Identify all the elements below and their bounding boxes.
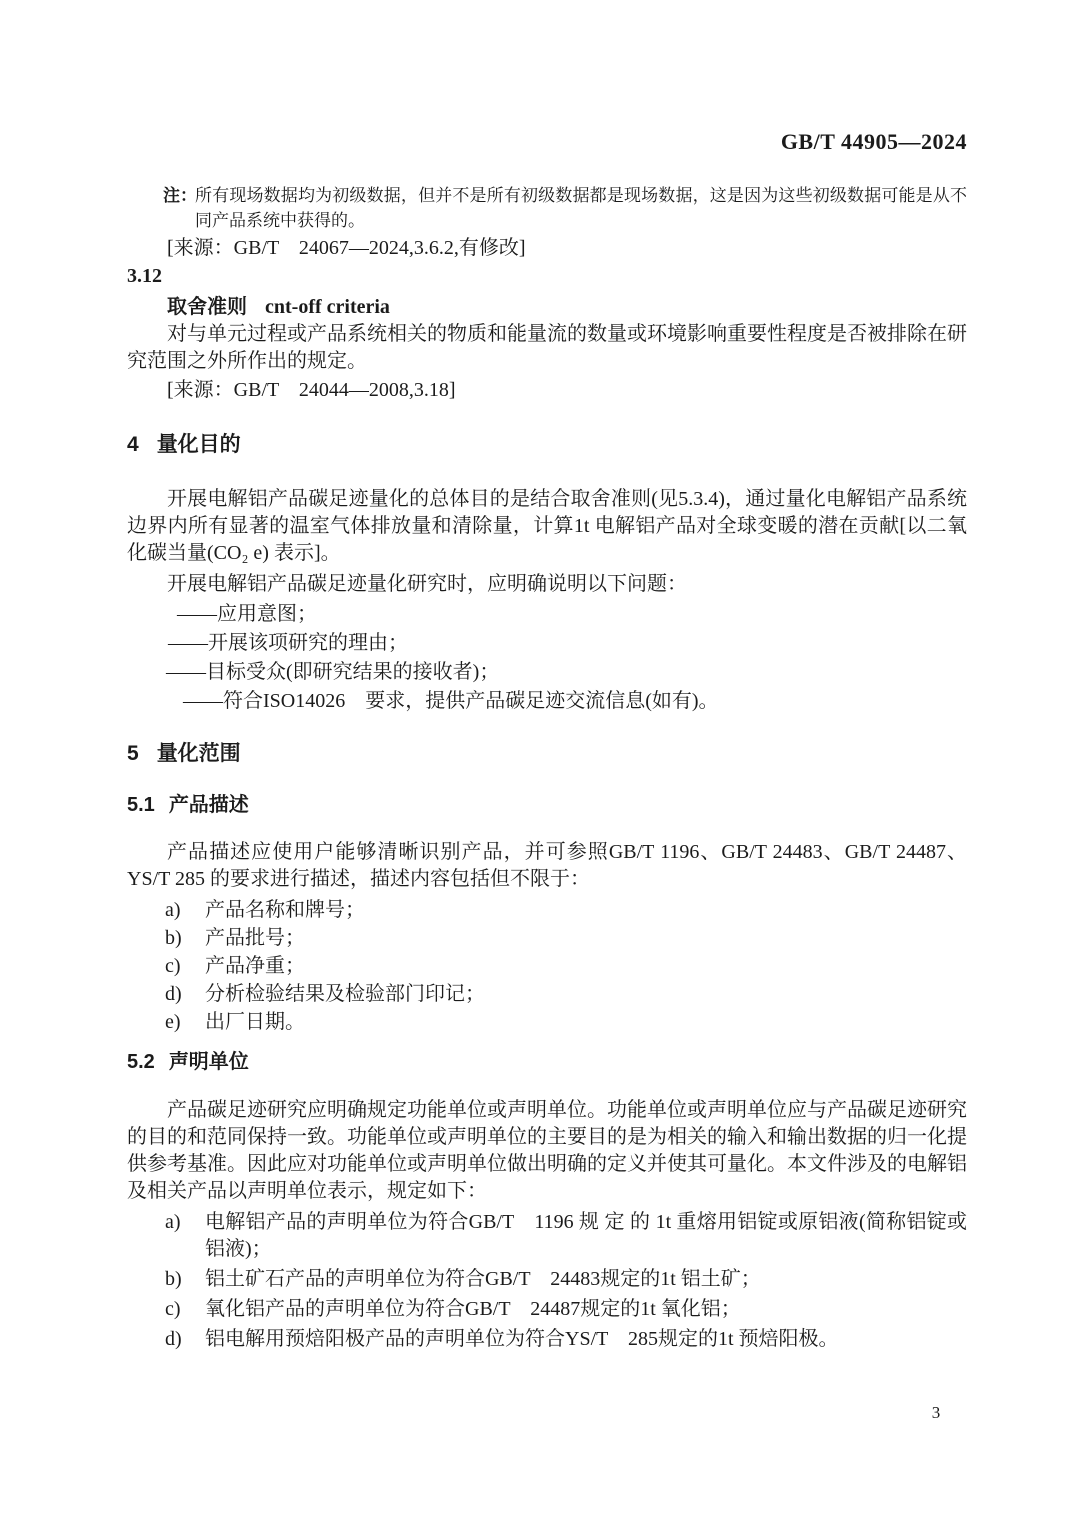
list-item-text: 出厂日期。	[205, 1008, 967, 1036]
section-4-number: 4	[127, 433, 139, 457]
note-text: 所有现场数据均为初级数据，但并不是所有初级数据都是现场数据，这是因为这些初级数据…	[195, 186, 967, 230]
list-item-text: 电解铝产品的声明单位为符合GB/T 1196 规 定 的 1t 重熔用铝锭或原铝…	[205, 1209, 967, 1263]
list-item-marker: a)	[127, 1209, 205, 1263]
page-content: GB/T 44905—2024 注：所有现场数据均为初级数据，但并不是所有初级数…	[127, 0, 967, 1356]
list-item: d) 铝电解用预焙阳极产品的声明单位为符合YS/T 285规定的1t 预焙阳极。	[127, 1326, 967, 1353]
source-reference-3-12: [来源：GB/T 24044—2008,3.18]	[127, 377, 967, 404]
term-number-3-12: 3.12	[127, 263, 967, 290]
list-item: d) 分析检验结果及检验部门印记；	[127, 980, 967, 1008]
list-item: b) 产品批号；	[127, 924, 967, 952]
note-label: 注：	[163, 183, 197, 208]
list-item-text: 产品批号；	[205, 924, 967, 952]
list-item: c) 氧化铝产品的声明单位为符合GB/T 24487规定的1t 氧化铝；	[127, 1296, 967, 1323]
term-title-en: cnt-off criteria	[265, 296, 390, 318]
list-item: b) 铝土矿石产品的声明单位为符合GB/T 24483规定的1t 铝土矿；	[127, 1266, 967, 1293]
section-5-2-number: 5.2	[127, 1051, 155, 1073]
list-item-text: 氧化铝产品的声明单位为符合GB/T 24487规定的1t 氧化铝；	[205, 1296, 967, 1323]
list-item-marker: b)	[127, 1266, 205, 1293]
standard-document-page: GB/T 44905—2024 注：所有现场数据均为初级数据，但并不是所有初级数…	[0, 0, 1080, 1527]
list-item-marker: b)	[127, 924, 205, 952]
dash-list-item: ——应用意图；	[127, 601, 967, 628]
term-definition: 对与单元过程或产品系统相关的物质和能量流的数量或环境影响重要性程度是否被排除在研…	[127, 321, 967, 375]
dash-list-item: ——目标受众(即研究结果的接收者)；	[127, 659, 967, 686]
section-4-dash-list: ——应用意图； ——开展该项研究的理由； ——目标受众(即研究结果的接收者)； …	[127, 601, 967, 715]
section-5-1-number: 5.1	[127, 794, 155, 816]
section-4-paragraph-1: 开展电解铝产品碳足迹量化的总体目的是结合取舍准则(见5.3.4)，通过量化电解铝…	[127, 486, 967, 567]
section-5-2-paragraph: 产品碳足迹研究应明确规定功能单位或声明单位。功能单位或声明单位应与产品碳足迹研究…	[127, 1097, 967, 1205]
list-item-marker: e)	[127, 1008, 205, 1036]
page-number: 3	[924, 1402, 948, 1424]
section-5-1-title: 产品描述	[169, 794, 249, 816]
section-5-2-lettered-list: a) 电解铝产品的声明单位为符合GB/T 1196 规 定 的 1t 重熔用铝锭…	[127, 1209, 967, 1353]
section-4-heading: 4量化目的	[127, 433, 967, 457]
list-item-marker: c)	[127, 1296, 205, 1323]
list-item-text: 产品净重；	[205, 952, 967, 980]
list-item: e) 出厂日期。	[127, 1008, 967, 1036]
section-4-paragraph-2: 开展电解铝产品碳足迹量化研究时，应明确说明以下问题：	[127, 571, 967, 598]
section-5-2-title: 声明单位	[169, 1051, 249, 1073]
section-5-number: 5	[127, 742, 139, 766]
list-item: c) 产品净重；	[127, 952, 967, 980]
list-item-text: 分析检验结果及检验部门印记；	[205, 980, 967, 1008]
list-item-marker: d)	[127, 1326, 205, 1353]
section-4-title: 量化目的	[157, 433, 241, 456]
note-block: 注：所有现场数据均为初级数据，但并不是所有初级数据都是现场数据，这是因为这些初级…	[127, 183, 967, 233]
section-5-2-heading: 5.2声明单位	[127, 1051, 967, 1073]
document-number-header: GB/T 44905—2024	[127, 131, 967, 153]
term-title: 取舍准则cnt-off criteria	[127, 294, 967, 321]
section-5-heading: 5量化范围	[127, 742, 967, 766]
list-item-marker: a)	[127, 896, 205, 924]
section-5-1-lettered-list: a) 产品名称和牌号； b) 产品批号； c) 产品净重； d) 分析检验结果及…	[127, 896, 967, 1036]
list-item-text: 铝土矿石产品的声明单位为符合GB/T 24483规定的1t 铝土矿；	[205, 1266, 967, 1293]
source-reference-3-11: [来源：GB/T 24067—2024,3.6.2,有修改]	[127, 235, 967, 262]
list-item-text: 铝电解用预焙阳极产品的声明单位为符合YS/T 285规定的1t 预焙阳极。	[205, 1326, 967, 1353]
list-item-marker: c)	[127, 952, 205, 980]
list-item: a) 电解铝产品的声明单位为符合GB/T 1196 规 定 的 1t 重熔用铝锭…	[127, 1209, 967, 1263]
dash-list-item: ——符合ISO14026 要求，提供产品碳足迹交流信息(如有)。	[127, 688, 967, 715]
section-5-title: 量化范围	[157, 742, 241, 765]
list-item-text: 产品名称和牌号；	[205, 896, 967, 924]
list-item-marker: d)	[127, 980, 205, 1008]
section-5-1-heading: 5.1产品描述	[127, 794, 967, 816]
dash-list-item: ——开展该项研究的理由；	[127, 630, 967, 657]
term-title-zh: 取舍准则	[167, 296, 247, 318]
section-5-1-paragraph: 产品描述应使用户能够清晰识别产品，并可参照GB/T 1196、GB/T 2448…	[127, 839, 967, 893]
list-item: a) 产品名称和牌号；	[127, 896, 967, 924]
